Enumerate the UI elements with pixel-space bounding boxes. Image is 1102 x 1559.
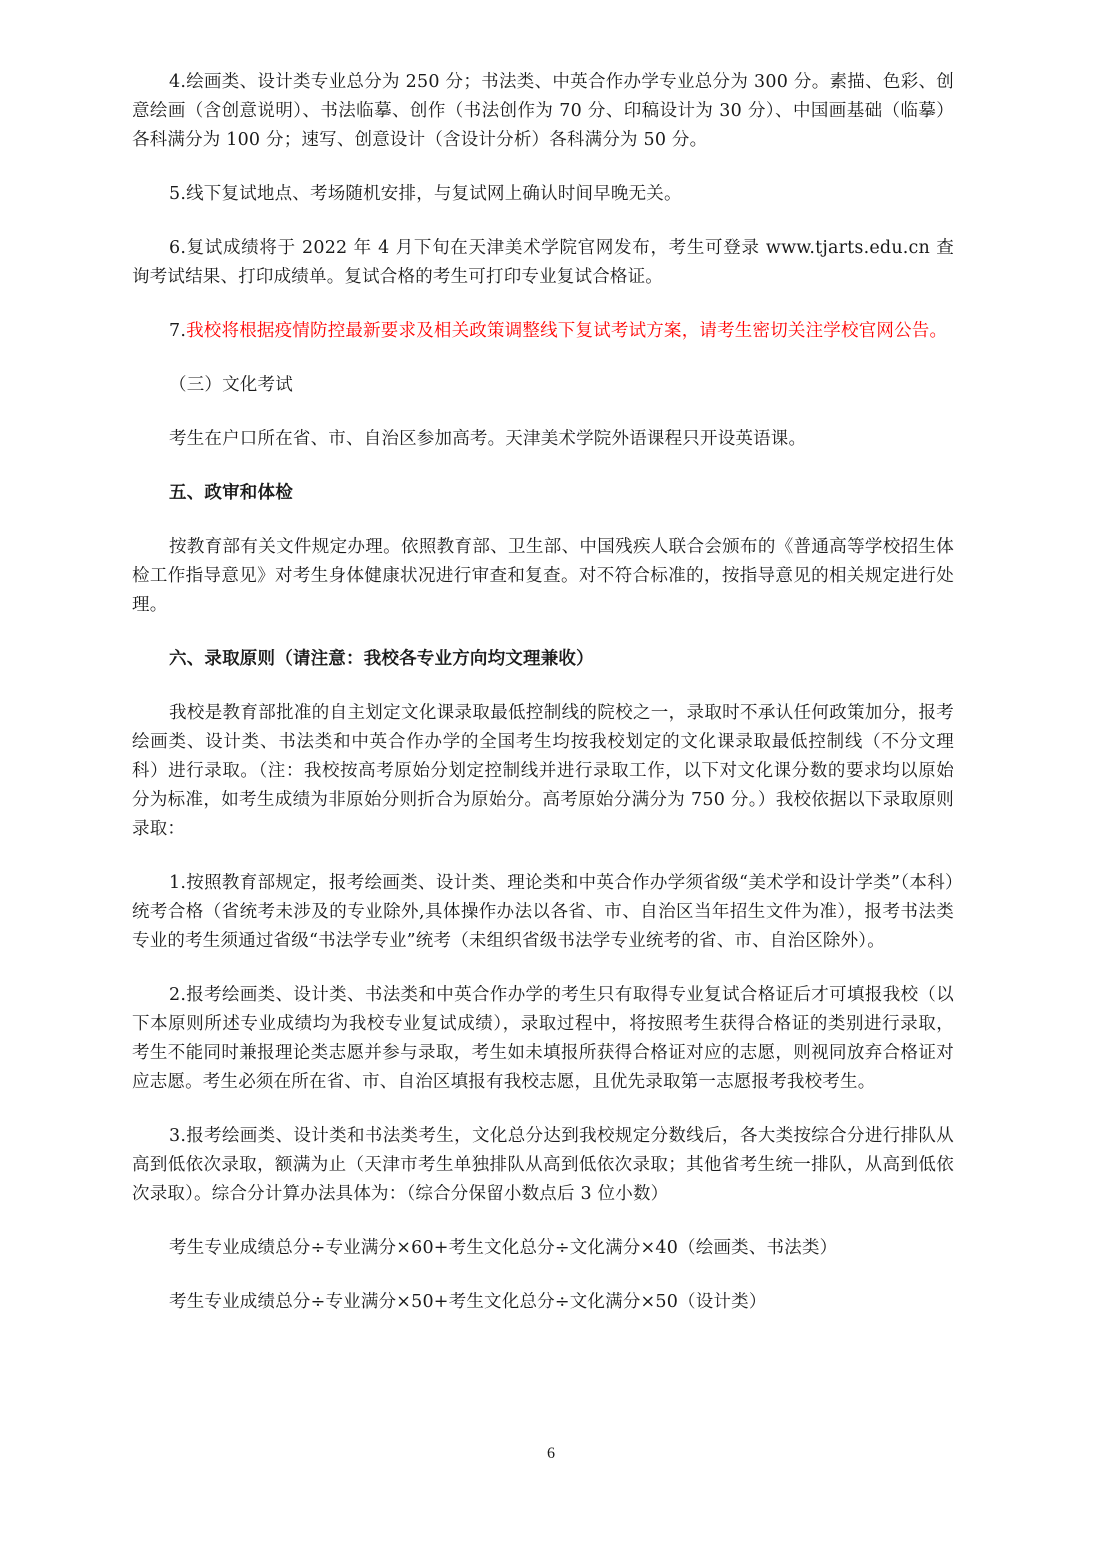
admission-rule-2: 2.报考绘画类、设计类、书法类和中英合作办学的考生只有取得专业复试合格证后才可填…: [132, 981, 954, 1097]
subsection-3-text: 考生在户口所在省、市、自治区参加高考。天津美术学院外语课程只开设英语课。: [132, 425, 954, 454]
page-content: 4.绘画类、设计类专业总分为 250 分；书法类、中英合作办学专业总分为 300…: [132, 68, 954, 1342]
score-formula-design: 考生专业成绩总分÷专业满分×50+考生文化总分÷文化满分×50（设计类）: [132, 1288, 954, 1317]
admission-rule-1: 1.按照教育部规定，报考绘画类、设计类、理论类和中英合作办学须省级“美术学和设计…: [132, 869, 954, 956]
score-formula-painting-calligraphy: 考生专业成绩总分÷专业满分×60+考生文化总分÷文化满分×40（绘画类、书法类）: [132, 1234, 954, 1263]
section-6-intro: 我校是教育部批准的自主划定文化课录取最低控制线的院校之一，录取时不承认任何政策加…: [132, 699, 954, 844]
paragraph-item-6: 6.复试成绩将于 2022 年 4 月下旬在天津美术学院官网发布，考生可登录 w…: [132, 234, 954, 292]
item-7-red-notice: 我校将根据疫情防控最新要求及相关政策调整线下复试考试方案，请考生密切关注学校官网…: [186, 321, 947, 341]
page-number: 6: [0, 1445, 1102, 1463]
paragraph-item-7: 7.我校将根据疫情防控最新要求及相关政策调整线下复试考试方案，请考生密切关注学校…: [132, 317, 954, 346]
paragraph-item-5: 5.线下复试地点、考场随机安排，与复试网上确认时间早晚无关。: [132, 180, 954, 209]
section-5-heading: 五、政审和体检: [132, 479, 954, 508]
admission-rule-3: 3.报考绘画类、设计类和书法类考生，文化总分达到我校规定分数线后，各大类按综合分…: [132, 1122, 954, 1209]
section-5-text: 按教育部有关文件规定办理。依照教育部、卫生部、中国残疾人联合会颁布的《普通高等学…: [132, 533, 954, 620]
paragraph-item-4: 4.绘画类、设计类专业总分为 250 分；书法类、中英合作办学专业总分为 300…: [132, 68, 954, 155]
document-page: 4.绘画类、设计类专业总分为 250 分；书法类、中英合作办学专业总分为 300…: [0, 0, 1102, 1559]
section-6-heading: 六、录取原则（请注意：我校各专业方向均文理兼收）: [132, 645, 954, 674]
item-7-number: 7.: [169, 321, 186, 341]
subsection-3-heading: （三）文化考试: [132, 371, 954, 400]
